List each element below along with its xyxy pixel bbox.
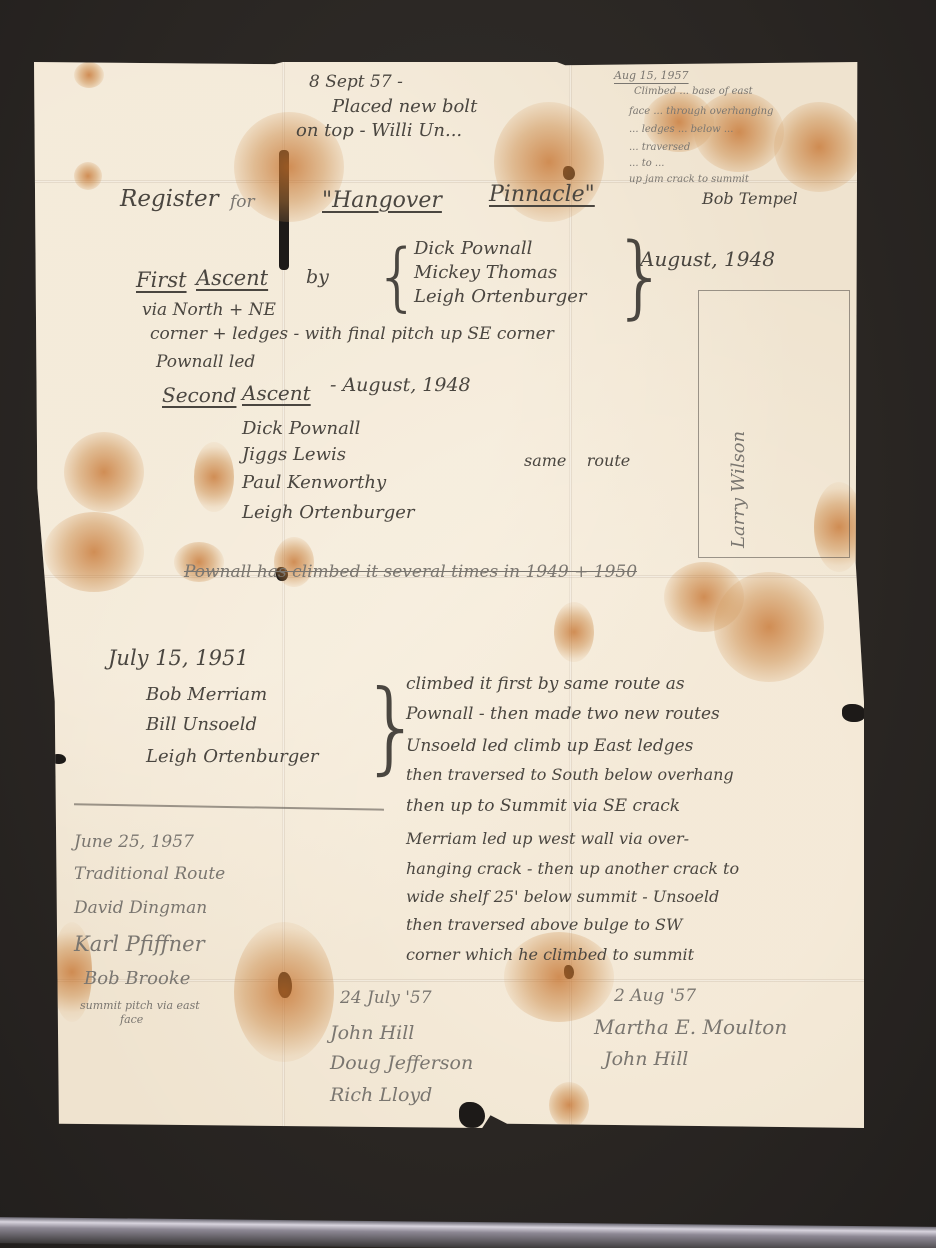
first-ascent-label: Ascent — [196, 266, 268, 291]
stain — [44, 512, 144, 592]
ascent-july-1957-date: 24 July '57 — [340, 988, 432, 1008]
stain — [549, 1082, 589, 1128]
route-description-line: climbed it first by same route as — [406, 674, 685, 694]
route-description-line: hanging crack - then up another crack to — [406, 860, 739, 879]
corner-note-line: face ... through overhanging — [629, 106, 773, 118]
climber-name: Karl Pfiffner — [74, 932, 205, 957]
register-title-part1: "Hangover — [322, 188, 442, 214]
ascent-june-1957-date: June 25, 1957 — [74, 832, 194, 852]
climber-name: Jiggs Lewis — [242, 444, 346, 465]
route-description-line: then up to Summit via SE crack — [406, 796, 680, 816]
stain — [554, 602, 594, 662]
stain — [74, 62, 104, 88]
climber-name: Bob Merriam — [146, 684, 267, 705]
top-note-line: Placed new bolt — [332, 96, 477, 117]
climber-name: David Dingman — [74, 898, 207, 918]
stain — [74, 162, 102, 190]
climber-name: Bill Unsoeld — [146, 714, 257, 735]
register-label: Register — [120, 186, 219, 213]
climber-name: Rich Lloyd — [330, 1084, 432, 1106]
register-title-part2: Pinnacle" — [489, 182, 595, 208]
register-sheet: 8 Sept 57 - Placed new bolt on top - Wil… — [34, 62, 864, 1128]
tear-hole — [52, 754, 66, 764]
second-ascent-date: - August, 1948 — [330, 374, 471, 396]
route-description-line: wide shelf 25' below summit - Unsoeld — [406, 888, 719, 907]
climber-name: Doug Jefferson — [330, 1052, 473, 1074]
brace-icon: } — [612, 224, 669, 329]
climber-name: Martha E. Moulton — [594, 1016, 787, 1040]
route-description-line: then traversed to South below overhang — [406, 766, 734, 785]
second-ascent-route: same route — [524, 452, 630, 471]
boxed-signature: Larry Wilson — [728, 431, 749, 548]
tear-hole — [842, 704, 866, 722]
climber-name: Dick Pownall — [242, 418, 360, 439]
climber-name: Paul Kenworthy — [242, 472, 386, 493]
divider-line — [74, 803, 384, 810]
climber-name: Dick Pownall — [414, 238, 532, 259]
route-description-line: then traversed above bulge to SW — [406, 916, 682, 935]
ascent-aug-1957-date: 2 Aug '57 — [614, 986, 696, 1006]
route-line: via North + NE — [142, 300, 276, 320]
tear-hole — [459, 1102, 485, 1128]
corner-note-line: ... ledges ... below ... — [629, 124, 733, 136]
stain — [64, 432, 144, 512]
route-description-line: corner which he climbed to summit — [406, 946, 694, 965]
corner-note-signature: Bob Tempel — [702, 190, 798, 209]
corner-note-line: up jam crack to summit — [629, 174, 749, 186]
climber-name: John Hill — [330, 1022, 414, 1044]
corner-note-date: Aug 15, 1957 — [614, 70, 689, 83]
corner-note-line: ... traversed — [629, 142, 690, 154]
route-description-line: Pownall - then made two new routes — [406, 704, 720, 724]
climber-name: John Hill — [604, 1048, 688, 1070]
climber-name: Leigh Ortenburger — [146, 746, 319, 767]
route-description-line: Unsoeld led climb up East ledges — [406, 736, 693, 756]
stain — [194, 442, 234, 512]
climber-name: Leigh Ortenburger — [414, 286, 587, 307]
first-ascent-label: First — [136, 268, 187, 293]
signature-box — [698, 290, 850, 558]
top-note-date: 8 Sept 57 - — [309, 72, 403, 92]
route-line: corner + ledges - with final pitch up SE… — [150, 324, 554, 344]
route-description-line: Merriam led up west wall via over- — [406, 830, 689, 849]
second-ascent-label: Second — [162, 384, 236, 408]
frame-edge — [0, 1217, 936, 1248]
first-ascent-by: by — [306, 266, 329, 288]
climber-name: Leigh Ortenburger — [242, 502, 415, 523]
second-ascent-label: Ascent — [242, 382, 311, 406]
crossed-out-note: Pownall has climbed it several times in … — [184, 562, 637, 582]
ascent-june-1957-note: summit pitch via east — [80, 1000, 200, 1013]
stain — [234, 922, 334, 1062]
ascent-june-1957-note: face — [120, 1014, 143, 1027]
stain — [774, 102, 864, 192]
first-ascent-date: August, 1948 — [640, 248, 775, 272]
register-for: for — [230, 192, 255, 212]
climber-name: Bob Brooke — [84, 968, 190, 989]
stain — [714, 572, 824, 682]
climber-name: Mickey Thomas — [414, 262, 557, 283]
top-note-line: on top - Willi Un... — [296, 120, 462, 141]
corner-note-line: ... to ... — [629, 158, 664, 170]
route-line: Pownall led — [156, 352, 255, 372]
corner-note-line: Climbed ... base of east — [634, 86, 753, 98]
ascent-1951-date: July 15, 1951 — [108, 646, 249, 671]
ascent-june-1957-route: Traditional Route — [74, 864, 225, 884]
